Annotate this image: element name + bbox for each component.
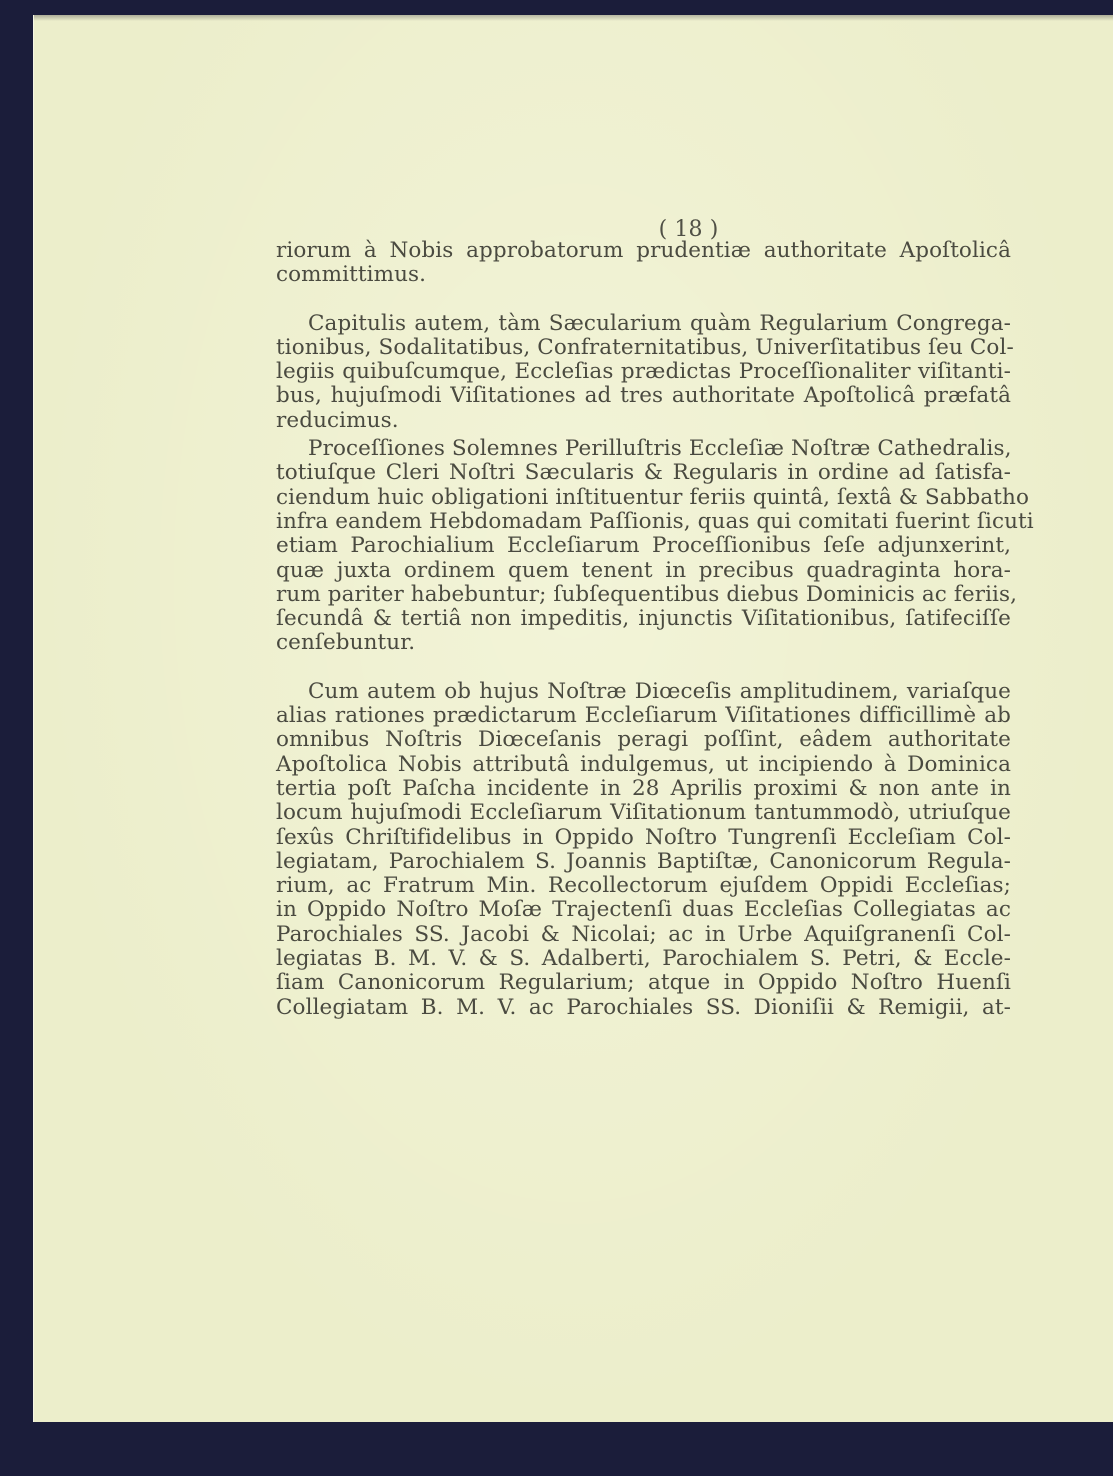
text-line: rum pariter habebuntur; ſubſequentibus d…: [276, 583, 1011, 607]
paragraph-3: Proceſſiones Solemnes Perilluſtris Eccle…: [276, 437, 1011, 656]
text-line: cenſebuntur.: [276, 631, 1011, 655]
text-line: legiis quibuſcumque, Eccleſias prædictas…: [276, 360, 1011, 384]
document-page: ( 18 ) riorum à Nobis approbatorum prude…: [33, 15, 1113, 1422]
text-line: tionibus, Sodalitatibus, Confraternitati…: [276, 336, 1011, 360]
text-line: ſecundâ & tertiâ non impeditis, injuncti…: [276, 607, 1011, 631]
text-line: legiatas B. M. V. & S. Adalberti, Paroch…: [276, 947, 1011, 971]
text-line: Capitulis autem, tàm Sæcularium quàm Reg…: [276, 312, 1011, 336]
paragraph-4: Cum autem ob hujus Noſtræ Diœceſis ampli…: [276, 680, 1011, 1020]
text-line: locum hujuſmodi Eccleſiarum Viſitationum…: [276, 801, 1011, 825]
text-line: in Oppido Noſtro Moſæ Trajectenſi duas E…: [276, 898, 1011, 922]
text-line: infra eandem Hebdomadam Paſſionis, quas …: [276, 510, 1011, 534]
text-line: Collegiatam B. M. V. ac Parochiales SS. …: [276, 996, 1011, 1020]
text-line: etiam Parochialium Eccleſiarum Proceſſio…: [276, 534, 1011, 558]
text-line: reducimus.: [276, 409, 1011, 433]
text-line: alias rationes prædictarum Eccleſiarum V…: [276, 704, 1011, 728]
text-line: Cum autem ob hujus Noſtræ Diœceſis ampli…: [276, 680, 1011, 704]
text-line: Apoſtolica Nobis attributâ indulgemus, u…: [276, 753, 1011, 777]
text-line: rium, ac Fratrum Min. Recollectorum ejuſ…: [276, 874, 1011, 898]
paragraph-2: Capitulis autem, tàm Sæcularium quàm Reg…: [276, 312, 1011, 433]
text-line: ſexûs Chriſtifidelibus in Oppido Noſtro …: [276, 826, 1011, 850]
text-line: legiatam, Parochialem S. Joannis Baptiſt…: [276, 850, 1011, 874]
text-line: ſiam Canonicorum Regularium; atque in Op…: [276, 971, 1011, 995]
text-line: riorum à Nobis approbatorum prudentiæ au…: [276, 239, 1011, 263]
text-line: tertia poſt Paſcha incidente in 28 April…: [276, 777, 1011, 801]
text-block: ( 18 ) riorum à Nobis approbatorum prude…: [276, 217, 1011, 1020]
paragraph-gap: [276, 656, 1011, 680]
text-line: committimus.: [276, 263, 1011, 287]
text-line: quæ juxta ordinem quem tenent in precibu…: [276, 559, 1011, 583]
text-line: ciendum huic obligationi inſtituentur fe…: [276, 486, 1011, 510]
text-line: bus, hujuſmodi Viſitationes ad tres auth…: [276, 384, 1011, 408]
text-line: totiuſque Cleri Noſtri Sæcularis & Regul…: [276, 461, 1011, 485]
text-line: Parochiales SS. Jacobi & Nicolai; ac in …: [276, 923, 1011, 947]
text-line: omnibus Noſtris Diœceſanis peragi poſſin…: [276, 728, 1011, 752]
text-line: Proceſſiones Solemnes Perilluſtris Eccle…: [276, 437, 1011, 461]
paragraph-gap: [276, 288, 1011, 312]
paragraph-1: riorum à Nobis approbatorum prudentiæ au…: [276, 239, 1011, 288]
